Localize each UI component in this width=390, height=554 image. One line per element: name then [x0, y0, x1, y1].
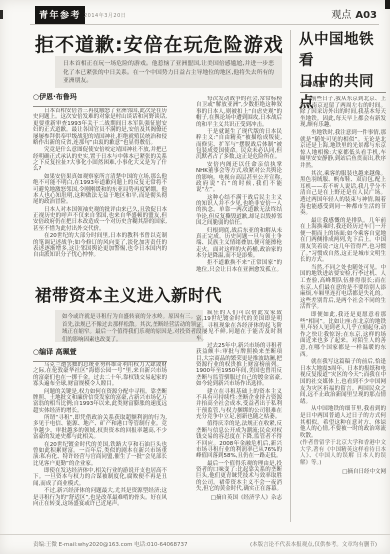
- paragraph: 当然,不同之处也随处可见。中国的地铁进站要安检,行李过机、人工查验,高峰期队伍排…: [300, 265, 386, 311]
- paragraph: 值得庆幸的是,法规正在收紧,反垄断与信息公开成为潮流;民众对权钱交易的容忍度在下…: [196, 421, 282, 459]
- newspaper-page: 青年参考 2014年3月20日 观点A03 拒不道歉:安倍在玩危险游戏 日本首相…: [0, 0, 390, 554]
- paragraph: 究竟是什么意图促使安倍咬定靖国神社不放,并把已经明确正式承认的史实,置于日本与中…: [33, 147, 167, 173]
- paragraph: 问题的关键是,权力如何在资源分配中寻租。靠垄断牌照、土地批文和廉价信贷发家的富豪…: [33, 389, 167, 415]
- article2-column-1: 乌克兰遭罢黜的总统亚努科维奇利用权力大肆敛财之际,在伦敦豪华社区“海德公园一号”…: [33, 362, 167, 524]
- paragraph: 于是就诞生了现代版的日本民粹主义:“自由精英”被描绘成叛徒,而修宪、扩军与“摆脱…: [196, 129, 282, 161]
- paragraph: 这种心结不满于战后民主主义的知识人并不少见,也绝非安倍一人的执念。单靠一两次道歉…: [196, 195, 282, 227]
- paragraph: 拒不道歉换不来“正常国家”的地位,只会让日本在亚洲愈发孤立。安倍应当明白,真正的…: [196, 260, 282, 272]
- article3-column: 前些日子,我从东京到北京、上海和南京逗留了两周左右的时间。除了因采访外出的时间,…: [300, 96, 386, 510]
- paragraph: 不过,新兴经济体的问题最大,尤其是资源型经济;这是寻租行为的“舒适区”,也是改革…: [33, 488, 167, 507]
- paragraph: 每次发动战争的社会,常常标榜自卫或“解放亚洲”,少数拒绝这种叙事的日本人,则被扣…: [196, 96, 282, 128]
- article3-byline: ○中岛惠: [300, 79, 386, 93]
- paragraph: 即便如此,我还是更愿意看那些“相同”。比如让座:在北京的地铁里,年轻人见到老人几…: [300, 312, 386, 358]
- paragraph: 安倍内阁还以任命亲信执掌NHK董事会等方式,收紧对公共舆论的影响。电视台高层甚至…: [196, 162, 282, 194]
- masthead-logo: 青年参考: [35, 6, 85, 24]
- paragraph: 坐地铁时,我注意到一件事情,那就是“随处可见的相似”。无论是北京还是上海,地铁里…: [300, 130, 386, 170]
- scan-corner-mark: [385, 0, 390, 9]
- header-divider: [30, 24, 379, 25]
- paragraph: 最让我感慨的是排队。几年前在上海换乘时,我还经历过车门一开便一拥而上的场面;如今…: [300, 218, 386, 264]
- article2-headline: 裙带资本主义进入新时代: [35, 282, 285, 306]
- article2-byline: ○编译 高珮萱: [33, 347, 167, 362]
- paragraph: 疯狂的人们可以借此发家致富,19世纪镀金时代的美国即是明证。寻租现象在各经济体的…: [196, 310, 282, 342]
- section-label: 观点A03: [331, 6, 377, 21]
- article3-headline-line1: 从中国地铁看: [299, 30, 387, 72]
- footer-divider: [0, 534, 390, 535]
- paragraph: 乌克兰遭罢黜的总统亚努科维奇利用权力大肆敛财之际,在伦敦豪华社区“海德公园一号”…: [33, 362, 167, 388]
- paragraph: 就在我写这篇稿子的前后,恰逢日本大地震3周年。日本的报纸和电视反复报道“灾区的今…: [300, 359, 386, 405]
- paragraph: 所谓“寻租”,即凭借政治关系获取超额利润的行为,多见于电信、能源、地产、矿产和港…: [33, 415, 167, 441]
- paragraph: 最后一个值得乐观的理由是,投资者的口味变了:比起靠关系的垄断巨头,他们更青睐凭技…: [196, 461, 282, 493]
- paragraph: 建立在寻租基础上的资本主义不具有可持续性:垄断企业挤占资源并抬高全社会成本,受益…: [196, 389, 282, 421]
- article2-column-2: 疯狂的人们可以借此发家致富,19世纪镀金时代的美国即是明证。寻租现象在各经济体的…: [196, 310, 282, 524]
- paragraph: 从中国地铁的细节里,我看到的是日中两国普通人过日子的方式何其相似。希望这种在意对…: [300, 406, 386, 439]
- paragraph: 即使在发达经济体中,相关行业的游说开支也居高不下。一旦资本与权力的合谋被制度化,…: [33, 468, 167, 487]
- article3-author-note: (作者曾留学于北京大学和香港中文大学,著有《中国精英这样看待日本人》、《中国人的…: [300, 440, 386, 466]
- article1-headline: 拒不道歉:安倍在玩危险游戏: [35, 30, 287, 57]
- paragraph: 在20世纪镀金时代的美国,铁路大亨和石油巨头也曾如此积累财富。一百年后,类似的剧…: [33, 442, 167, 468]
- article2-summary-box: 如今或许就是寻租行为自盛转衰的分水岭。原因有三。首先,法规已不像过去那样松散。其…: [55, 310, 203, 342]
- issue-date: 2014年3月20日: [84, 12, 126, 19]
- article1-column-1: 日本首相安倍晋三再度触怒了亚洲邻国,此次是在历史问题上。这次安倍发难的对象是村山…: [33, 108, 167, 280]
- article1-summary-box: 日本首相正在玩一场危险的游戏。他惹恼了亚洲盟国,让美国倍感尴尬,并进一步恶化了本…: [55, 56, 282, 88]
- paragraph: 过去25年中,新兴市场的寻租者获益颇丰:审批与牌照换来垄断项目,大宗商品的繁荣更…: [196, 343, 282, 388]
- column-divider: [290, 30, 291, 522]
- paragraph: 日本首相安倍晋三再度触怒了亚洲邻国,此次是在历史问题上。这次安倍发难的对象是村山…: [33, 108, 167, 146]
- paragraph: 日本人对本国领袖史观的批评由来已久,且敦促日本正视历史的呼声不仅来自邻国,也来自…: [33, 207, 167, 233]
- paragraph: 归根到底,战后东亚的和解从未真正完成。历史问题一旦与领土争端、民族主义情绪叠加,…: [196, 228, 282, 260]
- paragraph: 在20世纪的大部分时间里,日本的教科书曾以克制的笔调记述战争;如今修订的风向变了…: [33, 233, 167, 259]
- page-number: A03: [355, 10, 377, 21]
- paragraph: 如果安倍果真如观察家所言清楚中国的立场,那么他绝不可能不明白,在1993年道歉问…: [33, 174, 167, 206]
- paragraph: 前些日子,我从东京到北京、上海和南京逗留了两周左右的时间。除了因采访外出的时间,…: [300, 96, 386, 129]
- paragraph: 其次,乘客的服装也越来越像。黑色羽绒服、帆布鞋、双肩包,配上耳机——若不听人说话…: [300, 171, 386, 217]
- article2-source-attribution: □摘自英国《经济学人》杂志: [196, 495, 282, 501]
- footer-disclaimer: (本版言论不代表本报观点,仅供参考。文章均有删节): [250, 540, 377, 548]
- article3-source-attribution: □摘自日经中文网: [300, 469, 386, 476]
- article1-byline: ○伊恩·布鲁玛: [33, 92, 167, 107]
- scan-edge-mark: [0, 10, 3, 19]
- section-name: 观点: [331, 10, 351, 21]
- footer-editor-info: 责编:王微 E-mail:why2020@163.com 电话:010-6406…: [33, 540, 188, 548]
- article1-column-2: 每次发动战争的社会,常常标榜自卫或“解放亚洲”,少数拒绝这种叙事的日本人,则被扣…: [196, 96, 282, 272]
